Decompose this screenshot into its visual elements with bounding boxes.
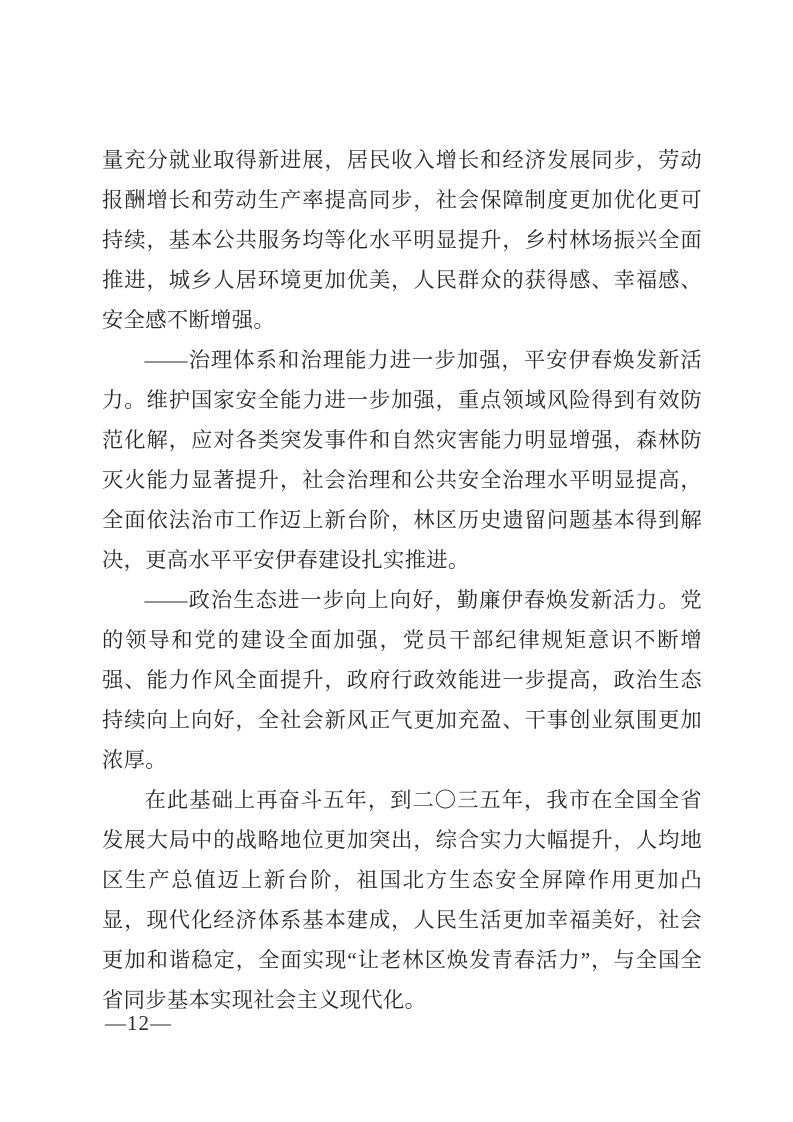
paragraph-2035-goals: 在此基础上再奋斗五年，到二〇三五年，我市在全国全省发展大局中的战略地位更加突出，… bbox=[102, 780, 702, 1020]
document-body: 量充分就业取得新进展，居民收入增长和经济发展同步，劳动报酬增长和劳动生产率提高同… bbox=[102, 140, 702, 1020]
paragraph-political-ecology: ——政治生态进一步向上向好，勤廉伊春焕发新活力。党的领导和党的建设全面加强，党员… bbox=[102, 580, 702, 780]
page-number: —12— bbox=[105, 1008, 172, 1038]
paragraph-governance-capacity: ——治理体系和治理能力进一步加强，平安伊春焕发新活力。维护国家安全能力进一步加强… bbox=[102, 340, 702, 580]
document-page: 量充分就业取得新进展，居民收入增长和经济发展同步，劳动报酬增长和劳动生产率提高同… bbox=[0, 0, 793, 1122]
paragraph-employment-livelihood: 量充分就业取得新进展，居民收入增长和经济发展同步，劳动报酬增长和劳动生产率提高同… bbox=[102, 140, 702, 340]
